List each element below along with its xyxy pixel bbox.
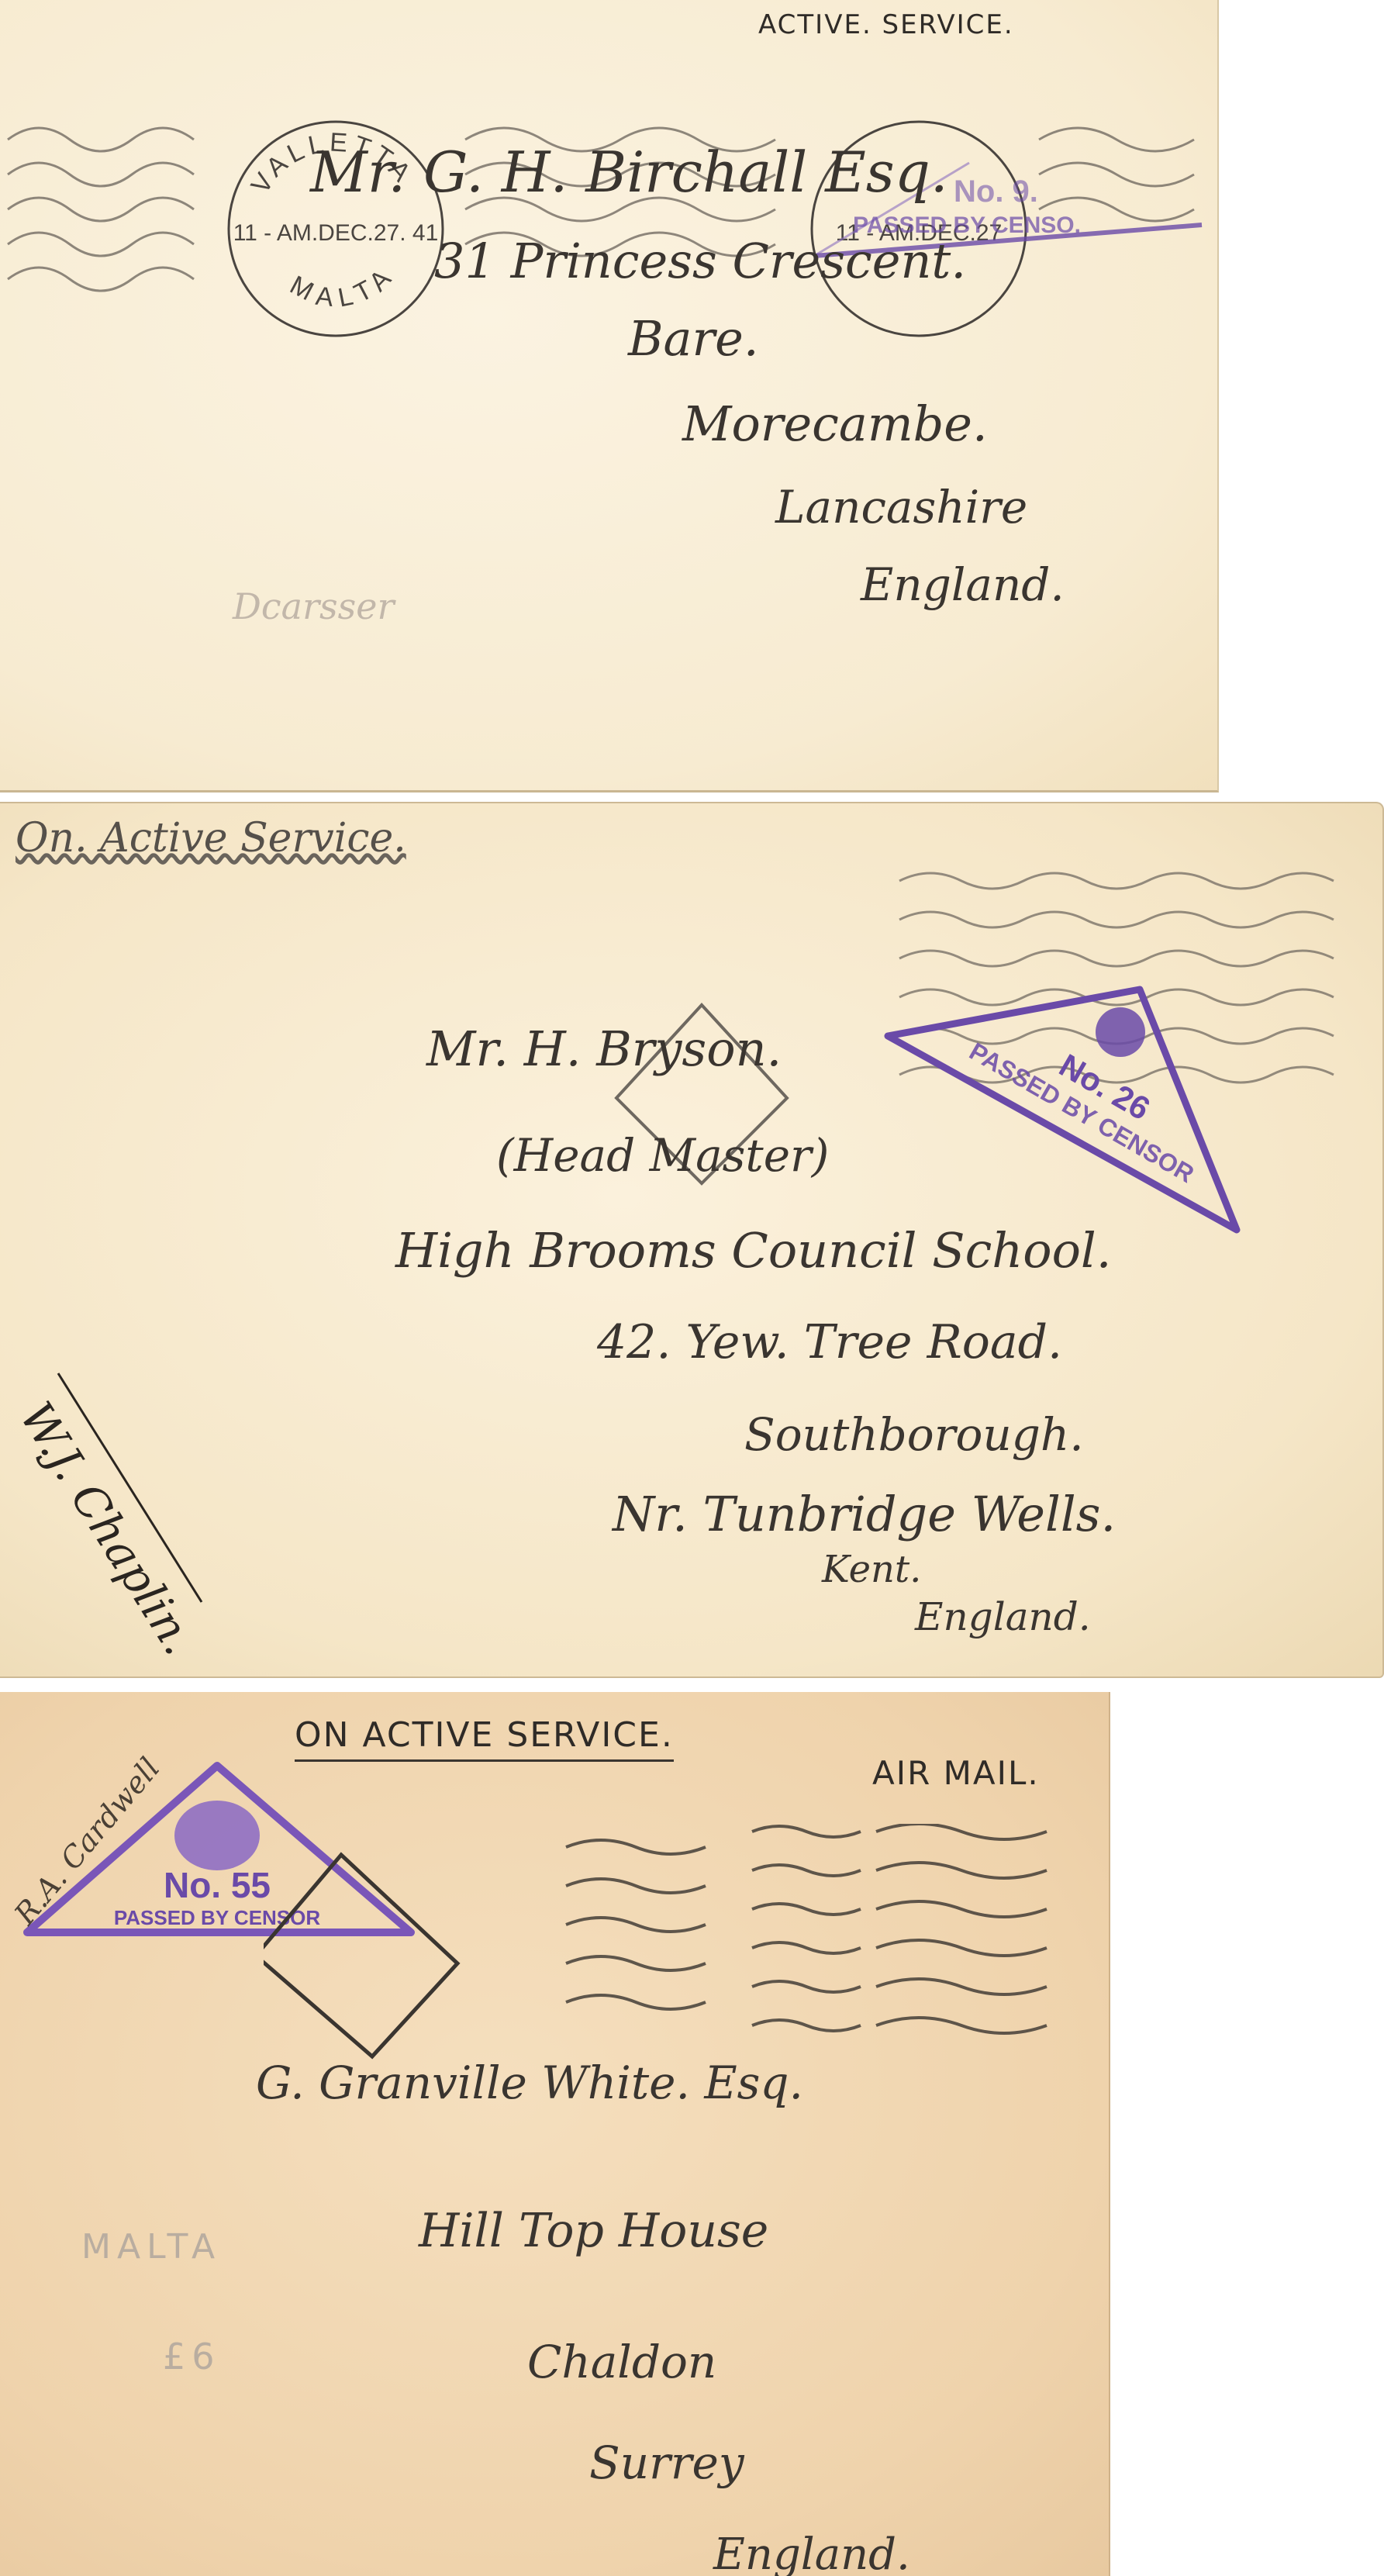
- address-line: Mr. H. Bryson.: [426, 1020, 782, 1077]
- envelope-bryson: On. Active Service. No. 26 PASSED BY CEN…: [0, 802, 1384, 1678]
- address-line: Hill Top House: [419, 2204, 768, 2258]
- crown-icon: [1096, 1007, 1145, 1057]
- address-line: England.: [915, 1594, 1091, 1639]
- address-line: Surrey: [589, 2436, 744, 2489]
- crown-icon: [174, 1801, 260, 1870]
- address-line: Mr. G. H. Birchall Esq.: [310, 140, 948, 205]
- postmark-date: 11 - AM.DEC.27. 41: [233, 220, 439, 246]
- envelope-granville-white: ON ACTIVE SERVICE. AIR MAIL. No. 55 PASS: [0, 1692, 1110, 2576]
- address-line: (Head Master): [496, 1129, 829, 1182]
- censor-number: No. 9.: [954, 174, 1038, 209]
- censor-triangle-stamp: No. 26 PASSED BY CENSOR: [876, 974, 1264, 1253]
- endorsement-on-active-service: On. Active Service.: [16, 815, 406, 862]
- endorsement-active-service: ACTIVE. SERVICE.: [758, 9, 1014, 40]
- pencil-note: Dcarsser: [233, 585, 394, 627]
- pencil-note-price: £6: [163, 2336, 221, 2377]
- address-line: Nr. Tunbridge Wells.: [613, 1486, 1116, 1542]
- signature-underline: [54, 1369, 225, 1618]
- machine-cancel-waves: [558, 1824, 1054, 2041]
- postmark-country: MALTA: [285, 258, 402, 313]
- stamp-outline-diamond: [264, 1847, 465, 2064]
- address-line: Chaldon: [527, 2336, 716, 2388]
- address-line: G. Granville White. Esq.: [256, 2056, 803, 2109]
- envelope-birchall: ACTIVE. SERVICE. VALLETTA MALTA 11 - AM.…: [0, 0, 1219, 792]
- address-line: High Brooms Council School.: [395, 1222, 1111, 1279]
- address-line: Morecambe.: [682, 395, 988, 452]
- address-line: England.: [861, 558, 1065, 611]
- censor-number: No. 55: [164, 1865, 271, 1905]
- pencil-note-malta: MALTA: [81, 2227, 221, 2267]
- address-line: England.: [713, 2529, 910, 2576]
- address-line: Lancashire: [775, 481, 1027, 534]
- address-line: Southborough.: [744, 1408, 1084, 1461]
- address-line: Kent.: [822, 1548, 921, 1591]
- address-line: Bare.: [628, 310, 759, 367]
- air-mail-label: AIR MAIL.: [872, 1754, 1040, 1792]
- address-line: 42. Yew. Tree Road.: [597, 1315, 1062, 1369]
- address-line: 31 Princess Crescent.: [434, 233, 966, 289]
- svg-text:MALTA: MALTA: [285, 258, 402, 313]
